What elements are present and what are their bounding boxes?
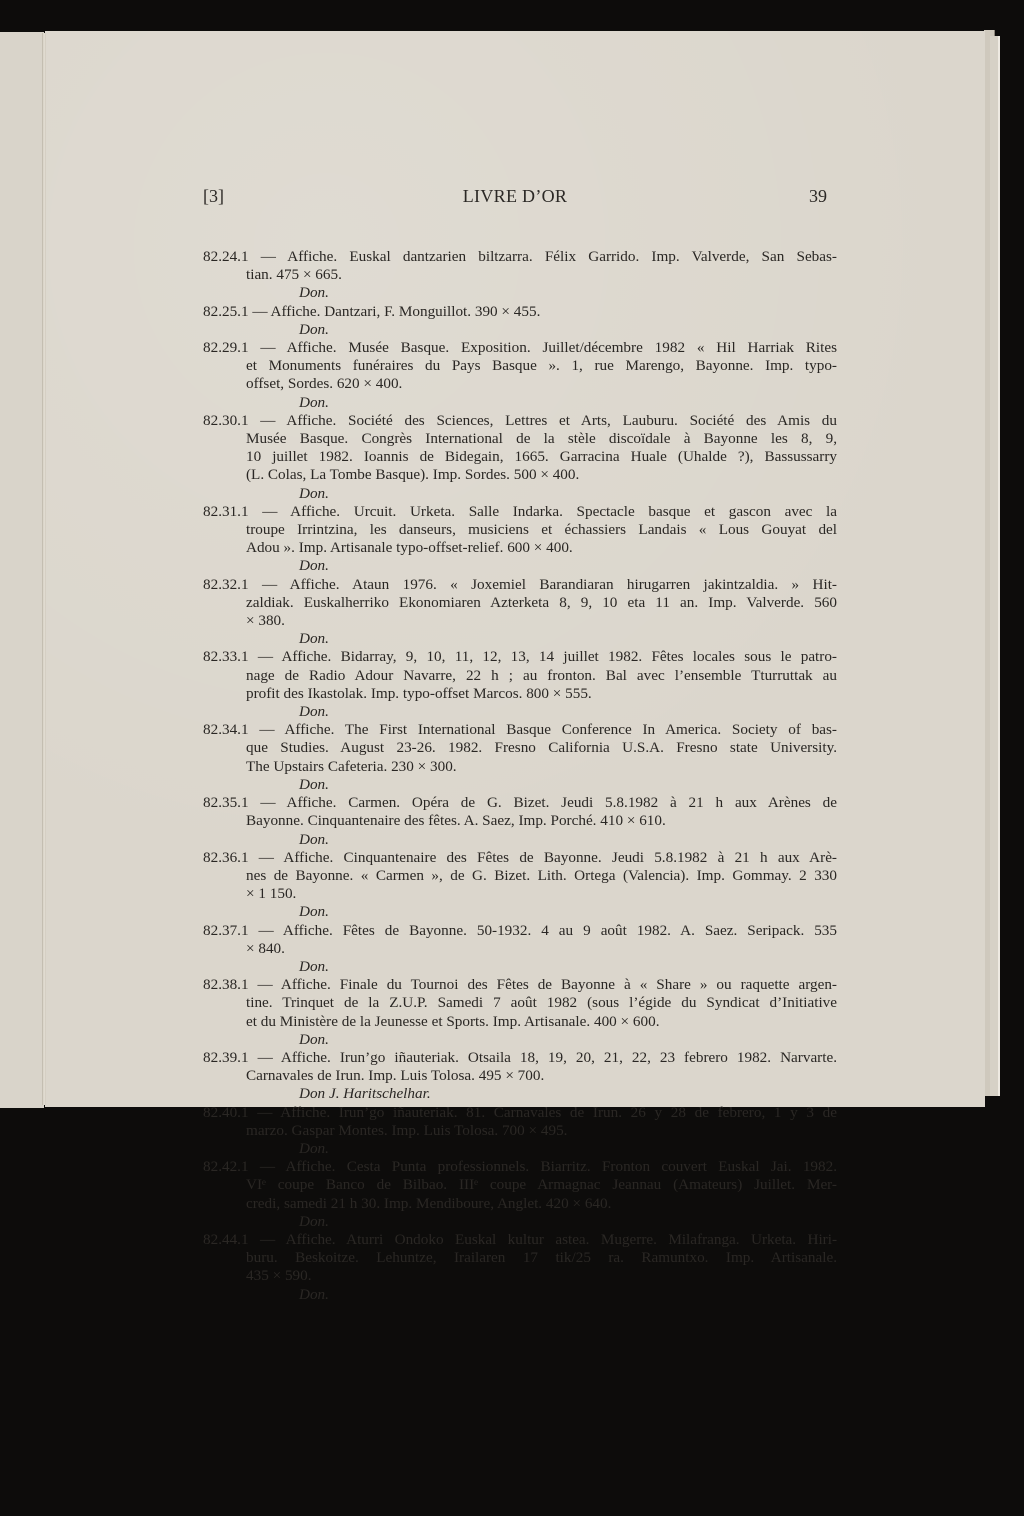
entry-continuation-line: marzo. Gaspar Montes. Imp. Luis Tolosa. … [203, 1122, 837, 1140]
running-head: [3] LIVRE D’OR 39 [203, 186, 827, 210]
entry-continuation-line: tian. 475 × 665. [203, 266, 837, 284]
entry-continuation-line: et Monuments funéraires du Pays Basque »… [203, 357, 837, 375]
entry-donor: Don. [203, 394, 837, 412]
entry-donor: Don. [203, 831, 837, 849]
entry-continuation-line: × 840. [203, 940, 837, 958]
catalog-entry: 82.38.1 — Affiche. Finale du Tournoi des… [203, 976, 837, 1049]
entry-donor: Don. [203, 1213, 837, 1231]
entry-first-line: 82.44.1 — Affiche. Aturri Ondoko Euskal … [203, 1231, 837, 1249]
entry-continuation-line: × 380. [203, 612, 837, 630]
entry-first-line: 82.35.1 — Affiche. Carmen. Opéra de G. B… [203, 794, 837, 812]
entry-continuation-line: profit des Ikastolak. Imp. typo-offset M… [203, 685, 837, 703]
entry-continuation-line: et du Ministère de la Jeunesse et Sports… [203, 1013, 837, 1031]
entry-continuation-line: tine. Trinquet de la Z.U.P. Samedi 7 aoû… [203, 994, 837, 1012]
entry-continuation-line: (L. Colas, La Tombe Basque). Imp. Sordes… [203, 466, 837, 484]
entry-donor: Don J. Haritschelhar. [203, 1085, 837, 1103]
entry-donor: Don. [203, 485, 837, 503]
entry-continuation-line: zaldiak. Euskalherriko Ekonomiaren Azter… [203, 594, 837, 612]
entry-continuation-line: Bayonne. Cinquantenaire des fêtes. A. Sa… [203, 812, 837, 830]
entry-first-line: 82.33.1 — Affiche. Bidarray, 9, 10, 11, … [203, 648, 837, 666]
entry-donor: Don. [203, 630, 837, 648]
catalog-entry: 82.40.1 — Affiche. Irun’go iñauteriak. 8… [203, 1104, 837, 1159]
entry-first-line: 82.31.1 — Affiche. Urcuit. Urketa. Salle… [203, 503, 837, 521]
entry-continuation-line: VIᵉ coupe Banco de Bilbao. IIIᵉ coupe Ar… [203, 1176, 837, 1194]
catalog-entry: 82.39.1 — Affiche. Irun’go iñauteriak. O… [203, 1049, 837, 1104]
entry-first-line: 82.32.1 — Affiche. Ataun 1976. « Joxemie… [203, 576, 837, 594]
entry-first-line: 82.30.1 — Affiche. Société des Sciences,… [203, 412, 837, 430]
entry-continuation-line: offset, Sordes. 620 × 400. [203, 375, 837, 393]
entry-donor: Don. [203, 284, 837, 302]
entry-continuation-line: 10 juillet 1982. Ioannis de Bidegain, 16… [203, 448, 837, 466]
catalog-entry: 82.31.1 — Affiche. Urcuit. Urketa. Salle… [203, 503, 837, 576]
entry-donor: Don. [203, 903, 837, 921]
catalog-entry: 82.37.1 — Affiche. Fêtes de Bayonne. 50-… [203, 922, 837, 977]
entry-donor: Don. [203, 776, 837, 794]
catalog-entry: 82.36.1 — Affiche. Cinquantenaire des Fê… [203, 849, 837, 922]
entry-continuation-line: 435 × 590. [203, 1267, 837, 1285]
catalog-entry: 82.34.1 — Affiche. The First Internation… [203, 721, 837, 794]
entry-donor: Don. [203, 703, 837, 721]
entry-donor: Don. [203, 1286, 837, 1304]
entry-first-line: 82.29.1 — Affiche. Musée Basque. Exposit… [203, 339, 837, 357]
left-page-edge [0, 32, 44, 1108]
entry-first-line: 82.24.1 — Affiche. Euskal dantzarien bil… [203, 248, 837, 266]
entry-continuation-line: The Upstairs Cafeteria. 230 × 300. [203, 758, 837, 776]
entry-continuation-line: × 1 150. [203, 885, 837, 903]
entry-donor: Don. [203, 321, 837, 339]
catalog-entry: 82.25.1 — Affiche. Dantzari, F. Monguill… [203, 303, 837, 339]
catalog-entry: 82.44.1 — Affiche. Aturri Ondoko Euskal … [203, 1231, 837, 1304]
entry-donor: Don. [203, 1140, 837, 1158]
entry-first-line: 82.36.1 — Affiche. Cinquantenaire des Fê… [203, 849, 837, 867]
entry-continuation-line: Musée Basque. Congrès International de l… [203, 430, 837, 448]
book-gutter [42, 33, 46, 1105]
page-stack-edge-outer [990, 36, 1000, 1096]
catalog-entry: 82.32.1 — Affiche. Ataun 1976. « Joxemie… [203, 576, 837, 649]
entry-continuation-line: Adou ». Imp. Artisanale typo-offset-reli… [203, 539, 837, 557]
catalog-entry: 82.24.1 — Affiche. Euskal dantzarien bil… [203, 248, 837, 303]
catalog-entry: 82.33.1 — Affiche. Bidarray, 9, 10, 11, … [203, 648, 837, 721]
entry-continuation-line: que Studies. August 23-26. 1982. Fresno … [203, 739, 837, 757]
catalog-entry: 82.29.1 — Affiche. Musée Basque. Exposit… [203, 339, 837, 412]
entry-first-line: 82.38.1 — Affiche. Finale du Tournoi des… [203, 976, 837, 994]
entry-first-line: 82.37.1 — Affiche. Fêtes de Bayonne. 50-… [203, 922, 837, 940]
entry-first-line: 82.34.1 — Affiche. The First Internation… [203, 721, 837, 739]
entry-donor: Don. [203, 958, 837, 976]
entry-donor: Don. [203, 1031, 837, 1049]
catalog-entries: 82.24.1 — Affiche. Euskal dantzarien bil… [203, 248, 837, 1304]
entry-continuation-line: nes de Bayonne. « Carmen », de G. Bizet.… [203, 867, 837, 885]
entry-continuation-line: Carnavales de Irun. Imp. Luis Tolosa. 49… [203, 1067, 837, 1085]
entry-donor: Don. [203, 557, 837, 575]
entry-first-line: 82.42.1 — Affiche. Cesta Punta professio… [203, 1158, 837, 1176]
entry-continuation-line: buru. Beskoitze. Lehuntze, Irailaren 17 … [203, 1249, 837, 1267]
entry-continuation-line: troupe Irrintzina, les danseurs, musicie… [203, 521, 837, 539]
entry-continuation-line: nage de Radio Adour Navarre, 22 h ; au f… [203, 667, 837, 685]
entry-first-line: 82.39.1 — Affiche. Irun’go iñauteriak. O… [203, 1049, 837, 1067]
catalog-entry: 82.42.1 — Affiche. Cesta Punta professio… [203, 1158, 837, 1231]
entry-continuation-line: credi, samedi 21 h 30. Imp. Mendiboure, … [203, 1195, 837, 1213]
page-number: 39 [809, 186, 827, 207]
entry-first-line: 82.40.1 — Affiche. Irun’go iñauteriak. 8… [203, 1104, 837, 1122]
catalog-entry: 82.35.1 — Affiche. Carmen. Opéra de G. B… [203, 794, 837, 849]
entry-first-line: 82.25.1 — Affiche. Dantzari, F. Monguill… [203, 303, 837, 321]
catalog-entry: 82.30.1 — Affiche. Société des Sciences,… [203, 412, 837, 503]
page-title: LIVRE D’OR [203, 186, 827, 207]
